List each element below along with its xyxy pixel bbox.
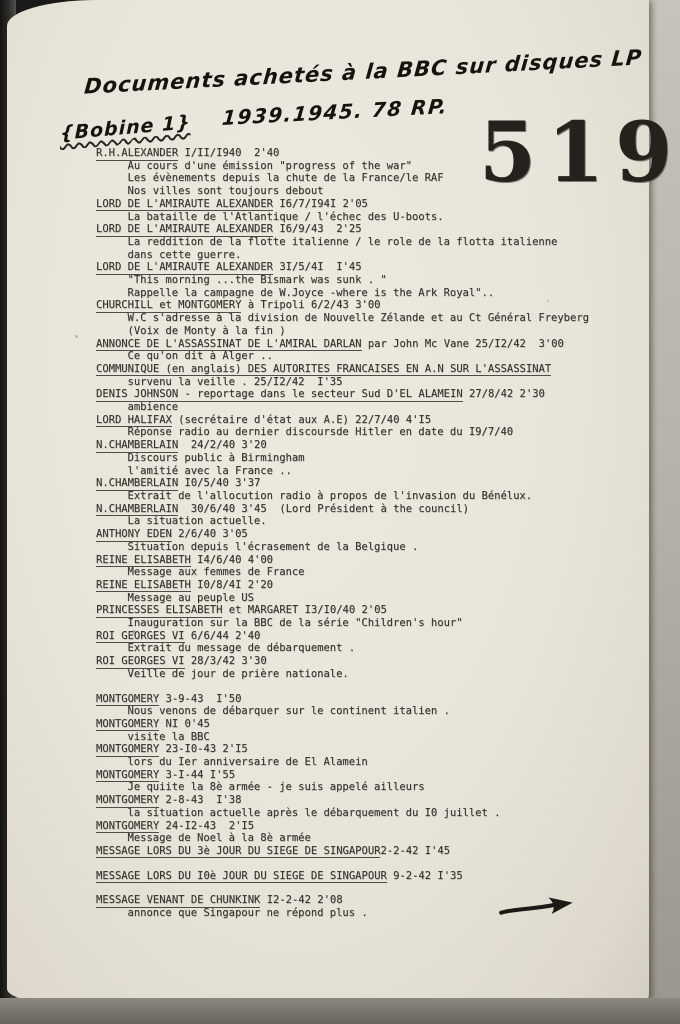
entry-title: MESSAGE VENANT DE CHUNKINK xyxy=(96,894,260,908)
entry: LORD DE L'AMIRAUTE ALEXANDER I6/7/I94I 2… xyxy=(96,198,636,223)
entries-list: R.H.ALEXANDER I/II/I940 2'40Au cours d'u… xyxy=(96,147,636,920)
entry-detail: Message de Noel à la 8è armée xyxy=(96,832,636,845)
entry: REINE ELISABETH I0/8/4I 2'20Message au p… xyxy=(96,579,636,604)
entry: MONTGOMERY 23-I0-43 2'I5lors du Ier anni… xyxy=(96,743,636,768)
entry-date-duration: à Tripoli 6/2/43 3'00 xyxy=(241,299,380,311)
entry-date-duration: 27/8/42 2'30 xyxy=(463,388,545,400)
entry-detail: La bataille de l'Atlantique / l'échec de… xyxy=(96,211,636,224)
entry: N.CHAMBERLAIN 24/2/40 3'20Discours publi… xyxy=(96,439,636,477)
entry-detail: Au cours d'une émission "progress of the… xyxy=(96,160,636,173)
entry-heading-line: MONTGOMERY 24-I2-43 2'I5 xyxy=(96,820,636,833)
entry-heading-line: MONTGOMERY 3-I-44 I'55 xyxy=(96,769,636,782)
entry-heading-line: PRINCESSES ELISABETH et MARGARET I3/I0/4… xyxy=(96,604,636,617)
entry-title: REINE ELISABETH xyxy=(96,579,191,593)
entry: MONTGOMERY 3-9-43 I'50Nous venons de déb… xyxy=(96,693,636,718)
entry-detail: Discours public à Birmingham xyxy=(96,452,636,465)
entry-date-duration: I0/5/40 3'37 xyxy=(178,477,260,489)
entry-heading-line: MONTGOMERY 2-8-43 I'38 xyxy=(96,794,636,807)
entry-date-duration: I4/6/40 4'00 xyxy=(191,554,273,566)
entry-detail: dans cette guerre. xyxy=(96,249,636,262)
entry-detail: visite la BBC xyxy=(96,731,636,744)
entry-heading-line: MONTGOMERY 23-I0-43 2'I5 xyxy=(96,743,636,756)
entry-detail: Situation depuis l'écrasement de la Belg… xyxy=(96,541,636,554)
entry: MONTGOMERY NI 0'45visite la BBC xyxy=(96,718,636,743)
entry-title: LORD DE L'AMIRAUTE ALEXANDER xyxy=(96,198,273,212)
entry-heading-line: COMMUNIQUE (en anglais) DES AUTORITES FR… xyxy=(96,363,636,376)
entry-title: CHURCHILL et MONTGOMERY xyxy=(96,299,241,313)
entry-date-duration: 28/3/42 3'30 xyxy=(185,655,267,667)
entry-date-duration: 2-8-43 I'38 xyxy=(159,794,241,806)
entry-title: COMMUNIQUE (en anglais) DES AUTORITES FR… xyxy=(96,363,551,377)
hand-arrow-icon xyxy=(496,889,582,929)
entry-date-duration: 3-9-43 I'50 xyxy=(159,693,241,705)
entry-date-duration: (secrétaire d'état aux A.E) 22/7/40 4'I5 xyxy=(172,414,431,426)
entry: MESSAGE LORS DU 3è JOUR DU SIEGE DE SING… xyxy=(96,845,636,858)
entry-date-duration: et MARGARET I3/I0/40 2'05 xyxy=(222,604,386,616)
entry-heading-line: ROI GEORGES VI 6/6/44 2'40 xyxy=(96,630,636,643)
entry-date-duration: 2/6/40 3'05 xyxy=(172,528,248,540)
entry-heading-line: N.CHAMBERLAIN 24/2/40 3'20 xyxy=(96,439,636,452)
entry-title: REINE ELISABETH xyxy=(96,554,191,568)
entry-heading-line: LORD DE L'AMIRAUTE ALEXANDER I6/7/I94I 2… xyxy=(96,198,636,211)
entry-title: ROI GEORGES VI xyxy=(96,655,185,669)
entry-heading-line: MONTGOMERY 3-9-43 I'50 xyxy=(96,693,636,706)
entry-detail: "This morning ...the Bismark was sunk . … xyxy=(96,274,636,287)
entry-date-duration: I6/7/I94I 2'05 xyxy=(273,198,368,210)
entry-detail: ambience xyxy=(96,401,636,414)
entry: MESSAGE LORS DU I0è JOUR DU SIEGE DE SIN… xyxy=(96,870,636,883)
entry-heading-line: DENIS JOHNSON - reportage dans le secteu… xyxy=(96,388,636,401)
entry-heading-line: N.CHAMBERLAIN 30/6/40 3'45 (Lord Préside… xyxy=(96,503,636,516)
entry: MONTGOMERY 2-8-43 I'38la situation actue… xyxy=(96,794,636,819)
entry-detail: Veille de jour de prière nationale. xyxy=(96,668,636,681)
entry-detail: Message au peuple US xyxy=(96,592,636,605)
entry-date-duration: NI 0'45 xyxy=(159,718,210,730)
entry: CHURCHILL et MONTGOMERY à Tripoli 6/2/43… xyxy=(96,299,636,337)
entry-title: MONTGOMERY xyxy=(96,743,159,757)
entry-detail: Message aux femmes de France xyxy=(96,566,636,579)
entry: ANNONCE DE L'ASSASSINAT DE L'AMIRAL DARL… xyxy=(96,338,636,363)
entry-detail: W.C s'adresse à la division de Nouvelle … xyxy=(96,312,636,325)
entry: N.CHAMBERLAIN 30/6/40 3'45 (Lord Préside… xyxy=(96,503,636,528)
entry-detail: Ce qu'on dit à Alger .. xyxy=(96,350,636,363)
backdrop-bottom-edge xyxy=(0,998,680,1024)
entry-detail: la situation actuelle après le débarquem… xyxy=(96,807,636,820)
entry: LORD DE L'AMIRAUTE ALEXANDER I6/9/43 2'2… xyxy=(96,223,636,261)
entry-detail: La reddition de la flotte italienne / le… xyxy=(96,236,636,249)
entry-date-duration: I2-2-42 2'08 xyxy=(260,894,342,906)
photo-of-document: Documents achetés à la BBC sur disques L… xyxy=(0,0,680,1024)
entry-heading-line: MONTGOMERY NI 0'45 xyxy=(96,718,636,731)
entry-detail: (Voix de Monty à la fin ) xyxy=(96,325,636,338)
entry: ANTHONY EDEN 2/6/40 3'05Situation depuis… xyxy=(96,528,636,553)
entry-heading-line: REINE ELISABETH I0/8/4I 2'20 xyxy=(96,579,636,592)
entry: LORD HALIFAX (secrétaire d'état aux A.E)… xyxy=(96,414,636,439)
entry-date-duration: I0/8/4I 2'20 xyxy=(191,579,273,591)
entry-date-duration: 2-2-42 I'45 xyxy=(380,845,450,857)
entry: MONTGOMERY 3-I-44 I'55Je quiite la 8è ar… xyxy=(96,769,636,794)
entry-title: LORD DE L'AMIRAUTE ALEXANDER xyxy=(96,223,273,237)
entry-detail: La situation actuelle. xyxy=(96,515,636,528)
paper-speck xyxy=(75,335,78,338)
entry-detail: survenu la veille . 25/I2/42 I'35 xyxy=(96,376,636,389)
entry-detail: Extrait du message de débarquement . xyxy=(96,642,636,655)
entry-detail: Réponse radio au dernier discoursde Hitl… xyxy=(96,426,636,439)
entry: LORD DE L'AMIRAUTE ALEXANDER 3I/5/4I I'4… xyxy=(96,261,636,299)
entry-date-duration: 3I/5/4I I'45 xyxy=(273,261,362,273)
entry-date-duration: 30/6/40 3'45 (Lord Président à the counc… xyxy=(178,503,469,515)
entry-heading-line: MESSAGE LORS DU 3è JOUR DU SIEGE DE SING… xyxy=(96,845,636,858)
entry-date-duration: I6/9/43 2'25 xyxy=(273,223,362,235)
entry-date-duration: 23-I0-43 2'I5 xyxy=(159,743,248,755)
entry: PRINCESSES ELISABETH et MARGARET I3/I0/4… xyxy=(96,604,636,629)
entry-heading-line: ANTHONY EDEN 2/6/40 3'05 xyxy=(96,528,636,541)
entry-heading-line: REINE ELISABETH I4/6/40 4'00 xyxy=(96,554,636,567)
entry: ROI GEORGES VI 28/3/42 3'30Veille de jou… xyxy=(96,655,636,680)
entry-detail: Nous venons de débarquer sur le continen… xyxy=(96,705,636,718)
entry-heading-line: R.H.ALEXANDER I/II/I940 2'40 xyxy=(96,147,636,160)
entry-detail: Extrait de l'allocution radio à propos d… xyxy=(96,490,636,503)
entry-heading-line: LORD DE L'AMIRAUTE ALEXANDER 3I/5/4I I'4… xyxy=(96,261,636,274)
entry-detail: Rappelle la campagne de W.Joyce -where i… xyxy=(96,287,636,300)
entry-detail: Nos villes sont toujours debout xyxy=(96,185,636,198)
entry-heading-line: N.CHAMBERLAIN I0/5/40 3'37 xyxy=(96,477,636,490)
entry: N.CHAMBERLAIN I0/5/40 3'37Extrait de l'a… xyxy=(96,477,636,502)
entry-title: N.CHAMBERLAIN xyxy=(96,503,178,517)
entry: R.H.ALEXANDER I/II/I940 2'40Au cours d'u… xyxy=(96,147,636,198)
entry: DENIS JOHNSON - reportage dans le secteu… xyxy=(96,388,636,413)
entry-heading-line: LORD HALIFAX (secrétaire d'état aux A.E)… xyxy=(96,414,636,427)
entry-detail: l'amitié avec la France .. xyxy=(96,465,636,478)
entry-date-duration: I/II/I940 2'40 xyxy=(178,147,279,159)
entry-date-duration: 24/2/40 3'20 xyxy=(178,439,267,451)
entry-heading-line: MESSAGE LORS DU I0è JOUR DU SIEGE DE SIN… xyxy=(96,870,636,883)
entry-date-duration: 24-I2-43 2'I5 xyxy=(159,820,254,832)
entry-date-duration: 9-2-42 I'35 xyxy=(387,870,463,882)
entry-date-duration: par John Mc Vane 25/I2/42 3'00 xyxy=(362,338,564,350)
entry-title: PRINCESSES ELISABETH xyxy=(96,604,222,618)
entry: ROI GEORGES VI 6/6/44 2'40Extrait du mes… xyxy=(96,630,636,655)
entry-title: R.H.ALEXANDER xyxy=(96,147,178,161)
entry: REINE ELISABETH I4/6/40 4'00Message aux … xyxy=(96,554,636,579)
entry-detail: Les évènements depuis la chute de la Fra… xyxy=(96,172,636,185)
entry-title: N.CHAMBERLAIN xyxy=(96,477,178,491)
entry-title: MESSAGE LORS DU I0è JOUR DU SIEGE DE SIN… xyxy=(96,870,387,884)
entry-detail: Je quiite la 8è armée - je suis appelé a… xyxy=(96,781,636,794)
entry-title: DENIS JOHNSON - reportage dans le secteu… xyxy=(96,388,463,402)
entry-title: MONTGOMERY xyxy=(96,794,159,808)
entry-detail: Inauguration sur la BBC de la série "Chi… xyxy=(96,617,636,630)
entry-detail: lors du Ier anniversaire de El Alamein xyxy=(96,756,636,769)
entry-title: ANTHONY EDEN xyxy=(96,528,172,542)
entry-date-duration: 6/6/44 2'40 xyxy=(185,630,261,642)
entry-heading-line: ROI GEORGES VI 28/3/42 3'30 xyxy=(96,655,636,668)
entry-heading-line: ANNONCE DE L'ASSASSINAT DE L'AMIRAL DARL… xyxy=(96,338,636,351)
entry: COMMUNIQUE (en anglais) DES AUTORITES FR… xyxy=(96,363,636,388)
entry-title: MESSAGE LORS DU 3è JOUR DU SIEGE DE SING… xyxy=(96,845,380,859)
entry-heading-line: LORD DE L'AMIRAUTE ALEXANDER I6/9/43 2'2… xyxy=(96,223,636,236)
entry-title: MONTGOMERY xyxy=(96,693,159,707)
entry-title: MONTGOMERY xyxy=(96,718,159,732)
entry-heading-line: CHURCHILL et MONTGOMERY à Tripoli 6/2/43… xyxy=(96,299,636,312)
entry-title: LORD DE L'AMIRAUTE ALEXANDER xyxy=(96,261,273,275)
entry-title: N.CHAMBERLAIN xyxy=(96,439,178,453)
entry-date-duration: 3-I-44 I'55 xyxy=(159,769,235,781)
entry: MONTGOMERY 24-I2-43 2'I5Message de Noel … xyxy=(96,820,636,845)
